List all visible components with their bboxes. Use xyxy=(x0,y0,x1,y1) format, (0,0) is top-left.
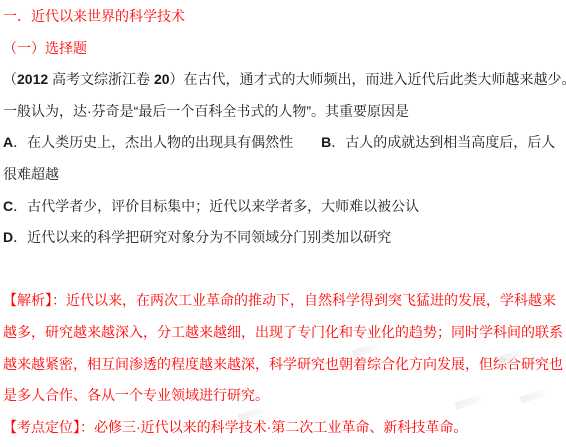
text-line: 越多，研究越来越深入，分工越来越细，出现了专门化和专业化的趋势；同时学科间的联系 xyxy=(3,317,566,349)
exam-point-line: 【考点定位】：必修三·近代以来的科学技术·第二次工业革命、新科技革命。 xyxy=(3,412,566,444)
section-title: 一．近代以来世界的科学技术 xyxy=(3,1,566,33)
text-line: 很难超越 xyxy=(3,159,566,191)
text-segment: D xyxy=(3,229,13,245)
text-line: 是多人合作、各从一个专业领域进行研究。 xyxy=(3,380,566,412)
text-segment: ．古代学者少，评价目标集中；近代以来学者多，大师难以被公认 xyxy=(13,198,419,214)
text-line: C．古代学者少，评价目标集中；近代以来学者多，大师难以被公认 xyxy=(3,191,566,223)
text-segment: 20 xyxy=(154,71,170,87)
text-line: 越来越紧密，相互间渗透的程度越来越深，科学研究也朝着综合化方向发展，但综合研究也 xyxy=(3,349,566,381)
text-segment: ．近代以来的科学把研究对象分为不同领域分门别类加以研究 xyxy=(13,229,391,245)
text-segment: A xyxy=(3,134,13,150)
text-segment: （ xyxy=(3,71,17,87)
text-segment: 2012 xyxy=(17,71,48,87)
text-segment: ．古人的成就达到相当高度后，后人 xyxy=(331,134,555,150)
text-line: A．在人类历史上，杰出人物的出现具有偶然性 B．古人的成就达到相当高度后，后人 xyxy=(3,127,566,159)
answer-line: 【答案】：D xyxy=(3,254,566,286)
answer-options: A．在人类历史上，杰出人物的出现具有偶然性 B．古人的成就达到相当高度后，后人很… xyxy=(3,127,566,253)
exam-document: 一．近代以来世界的科学技术 （一）选择题 （2012 高考文综浙江卷 20）在古… xyxy=(0,0,566,447)
text-segment: ）在古代，通才式的大师频出，而进入近代后此类大师越来越少。 xyxy=(170,71,566,87)
analysis-text: 【解析】：近代以来，在两次工业革命的推动下，自然科学得到突飞猛进的发展，学科越来… xyxy=(3,285,566,411)
text-line: 一般认为，达·芬奇是“最后一个百科全书式的人物”。其重要原因是 xyxy=(3,96,566,128)
text-segment: C xyxy=(3,198,13,214)
text-segment: ．在人类历史上，杰出人物的出现具有偶然性 xyxy=(13,134,321,150)
text-segment: B xyxy=(321,134,331,150)
question-text: （2012 高考文综浙江卷 20）在古代，通才式的大师频出，而进入近代后此类大师… xyxy=(3,64,566,127)
text-line: （2012 高考文综浙江卷 20）在古代，通才式的大师频出，而进入近代后此类大师… xyxy=(3,64,566,96)
subsection-title: （一）选择题 xyxy=(3,33,566,65)
text-segment: 高考文综浙江卷 xyxy=(48,71,154,87)
text-line: D．近代以来的科学把研究对象分为不同领域分门别类加以研究 xyxy=(3,222,566,254)
text-line: 【解析】：近代以来，在两次工业革命的推动下，自然科学得到突飞猛进的发展，学科越来 xyxy=(3,285,566,317)
